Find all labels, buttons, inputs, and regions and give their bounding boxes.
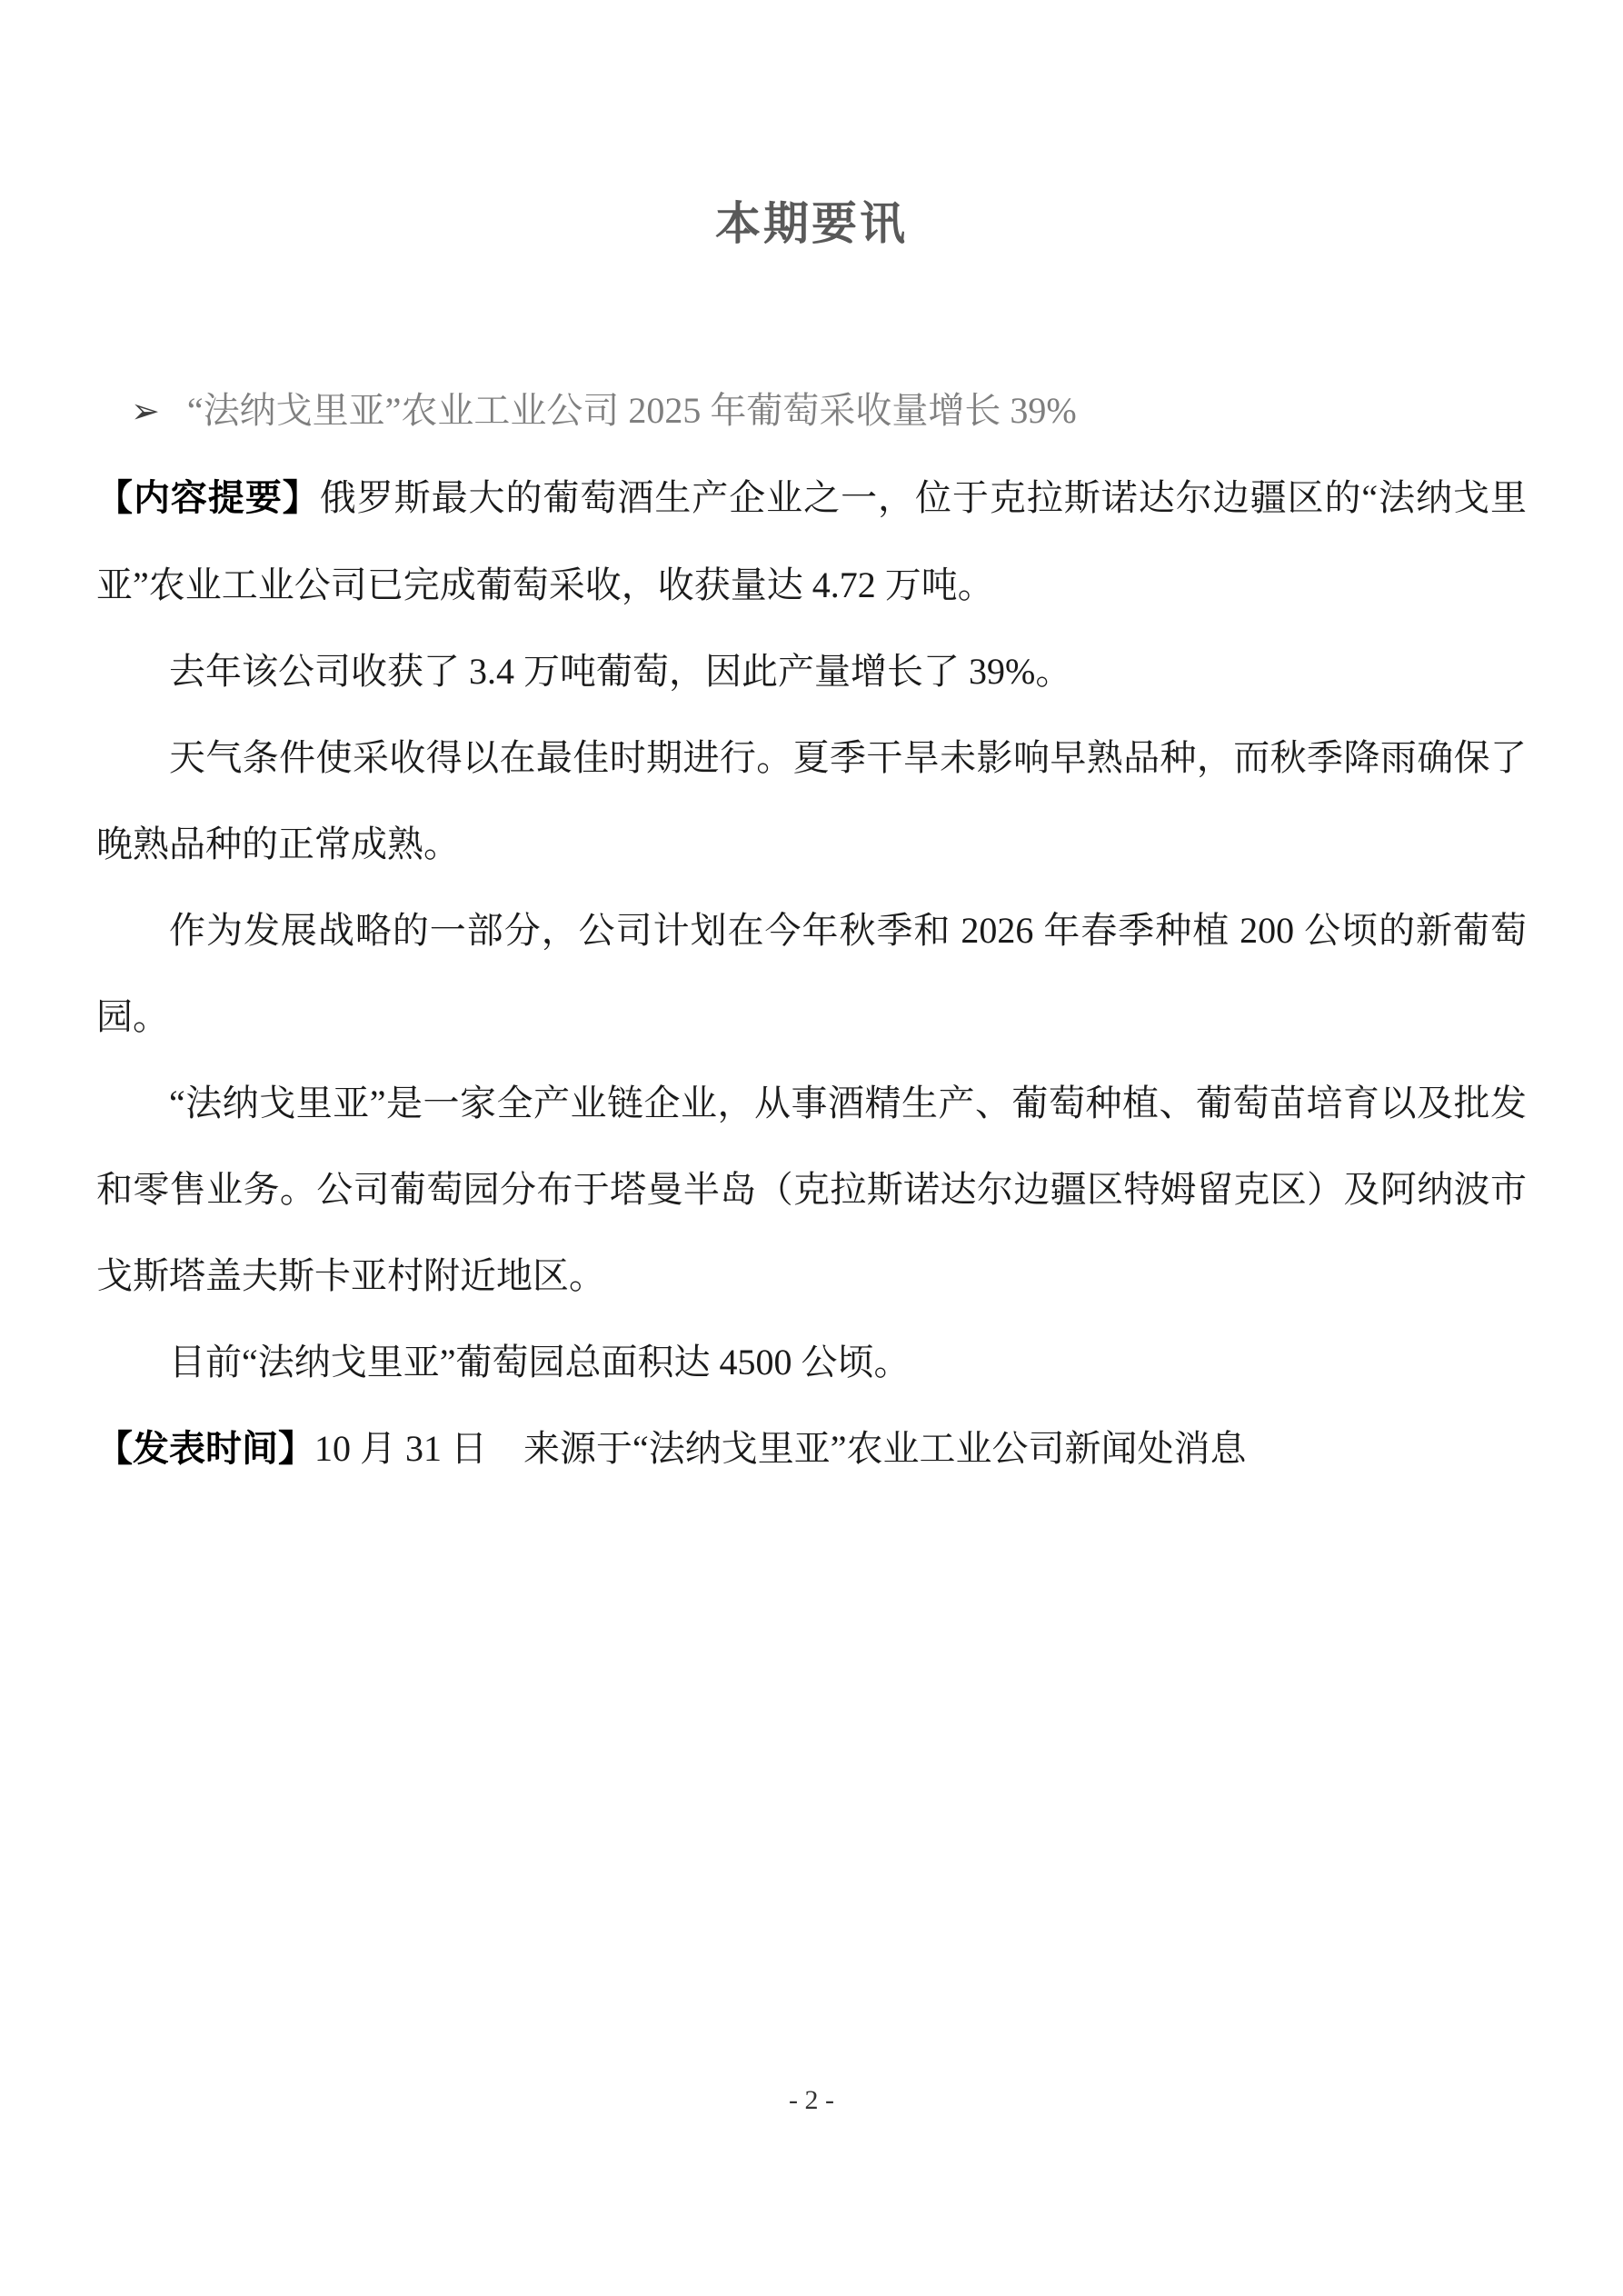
page-title: 本期要讯: [96, 0, 1527, 251]
body-paragraph: 作为发展战略的一部分，公司计划在今年秋季和 2026 年春季种植 200 公顷的…: [96, 887, 1527, 1060]
arrow-bullet-icon: ➢: [131, 368, 160, 454]
body-paragraph: 天气条件使采收得以在最佳时期进行。夏季干旱未影响早熟品种，而秋季降雨确保了晚熟品…: [96, 714, 1527, 887]
document-page: 本期要讯 ➢“法纳戈里亚”农业工业公司 2025 年葡萄采收量增长 39% 【内…: [0, 0, 1623, 2296]
publish-paragraph: 【发表时间】10 月 31 日 来源于“法纳戈里亚”农业工业公司新闻处消息: [96, 1405, 1527, 1492]
news-headline-row: ➢“法纳戈里亚”农业工业公司 2025 年葡萄采收量增长 39%: [96, 367, 1527, 454]
summary-paragraph: 【内容提要】俄罗斯最大的葡萄酒生产企业之一，位于克拉斯诺达尔边疆区的“法纳戈里亚…: [96, 454, 1527, 628]
publish-text: 10 月 31 日 来源于“法纳戈里亚”农业工业公司新闻处消息: [314, 1428, 1247, 1469]
body-paragraph: 目前“法纳戈里亚”葡萄园总面积达 4500 公顷。: [96, 1319, 1527, 1405]
publish-label: 【发表时间】: [96, 1429, 314, 1469]
page-number: - 2 -: [0, 2085, 1623, 2116]
news-headline: “法纳戈里亚”农业工业公司 2025 年葡萄采收量增长 39%: [187, 390, 1077, 431]
body-paragraph: 去年该公司收获了 3.4 万吨葡萄，因此产量增长了 39%。: [96, 628, 1527, 714]
body-paragraph: “法纳戈里亚”是一家全产业链企业，从事酒精生产、葡萄种植、葡萄苗培育以及批发和零…: [96, 1060, 1527, 1319]
summary-label: 【内容提要】: [96, 478, 320, 518]
